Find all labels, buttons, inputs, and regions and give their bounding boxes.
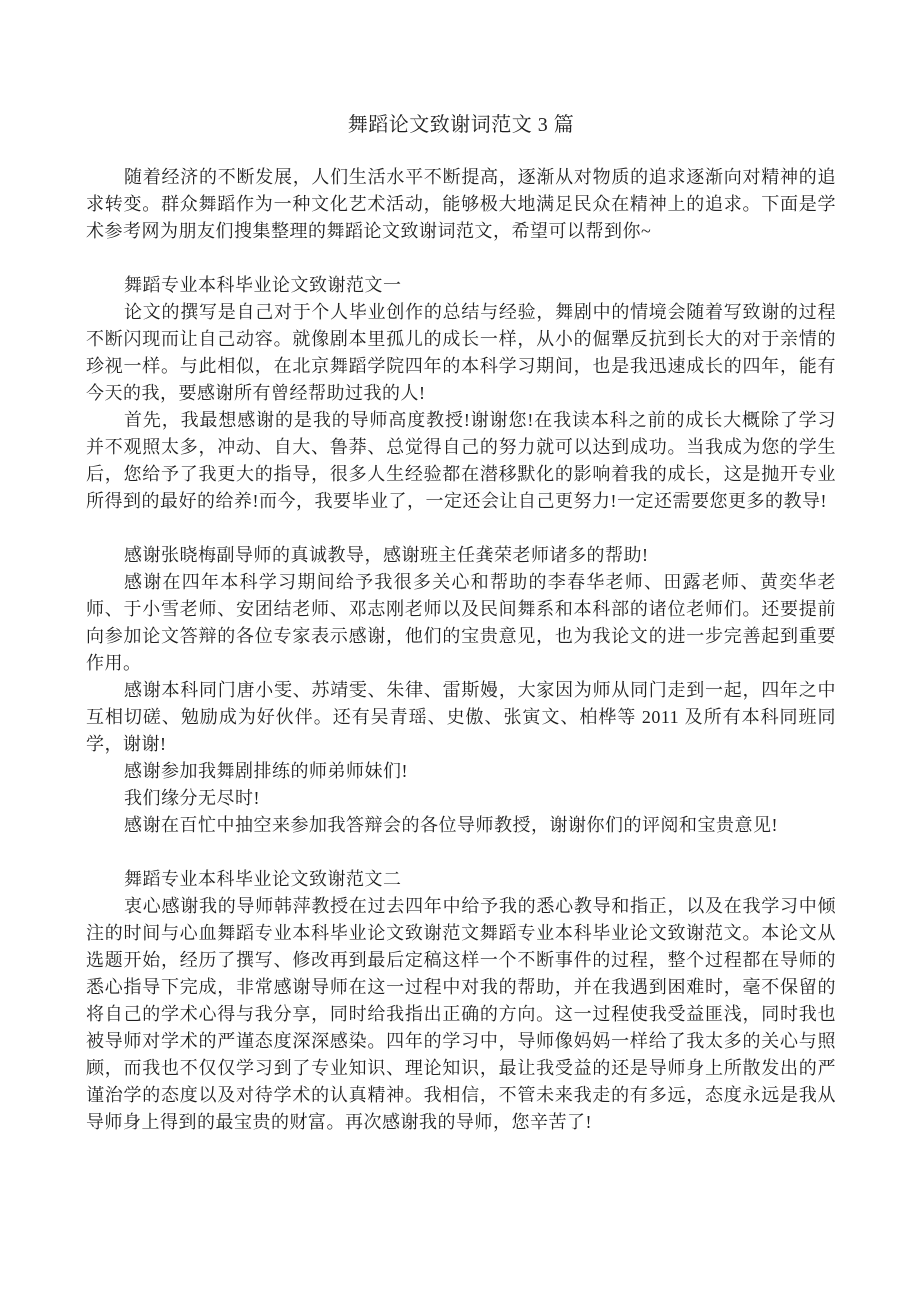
blank-line	[86, 515, 836, 542]
document-title: 舞蹈论文致谢词范文 3 篇	[86, 112, 836, 138]
paragraph-essay1-co-advisor-thanks: 感谢张晓梅副导师的真诚教导，感谢班主任龚荣老师诸多的帮助!	[86, 542, 836, 569]
blank-line	[86, 839, 836, 866]
paragraph-essay1-teachers-thanks: 感谢在四年本科学习期间给予我很多关心和帮助的李春华老师、田露老师、黄奕华老师、于…	[86, 569, 836, 677]
paragraph-essay1-classmates-thanks: 感谢本科同门唐小雯、苏靖雯、朱律、雷斯嫚，大家因为师从同门走到一起，四年之中互相…	[86, 677, 836, 758]
section-heading-essay-2: 舞蹈专业本科毕业论文致谢范文二	[86, 866, 836, 893]
section-heading-essay-1: 舞蹈专业本科毕业论文致谢范文一	[86, 272, 836, 299]
paragraph-essay1-opening: 论文的撰写是自己对于个人毕业创作的总结与经验，舞剧中的情境会随着写致谢的过程不断…	[86, 299, 836, 407]
blank-line	[86, 245, 836, 272]
paragraph-essay1-juniors-thanks: 感谢参加我舞剧排练的师弟师妹们!	[86, 758, 836, 785]
paragraph-essay1-advisor-thanks: 首先，我最想感谢的是我的导师高度教授!谢谢您!在我读本科之前的成长大概除了学习并…	[86, 407, 836, 515]
document-page: 舞蹈论文致谢词范文 3 篇 随着经济的不断发展，人们生活水平不断提高，逐渐从对物…	[0, 0, 920, 1302]
paragraph-essay2-body: 衷心感谢我的导师韩萍教授在过去四年中给予我的悉心教导和指正，以及在我学习中倾注的…	[86, 893, 836, 1136]
paragraph-essay1-committee-thanks: 感谢在百忙中抽空来参加我答辩会的各位导师教授，谢谢你们的评阅和宝贵意见!	[86, 812, 836, 839]
paragraph-intro: 随着经济的不断发展，人们生活水平不断提高，逐渐从对物质的追求逐渐向对精神的追求转…	[86, 164, 836, 245]
paragraph-essay1-fate-line: 我们缘分无尽时!	[86, 785, 836, 812]
